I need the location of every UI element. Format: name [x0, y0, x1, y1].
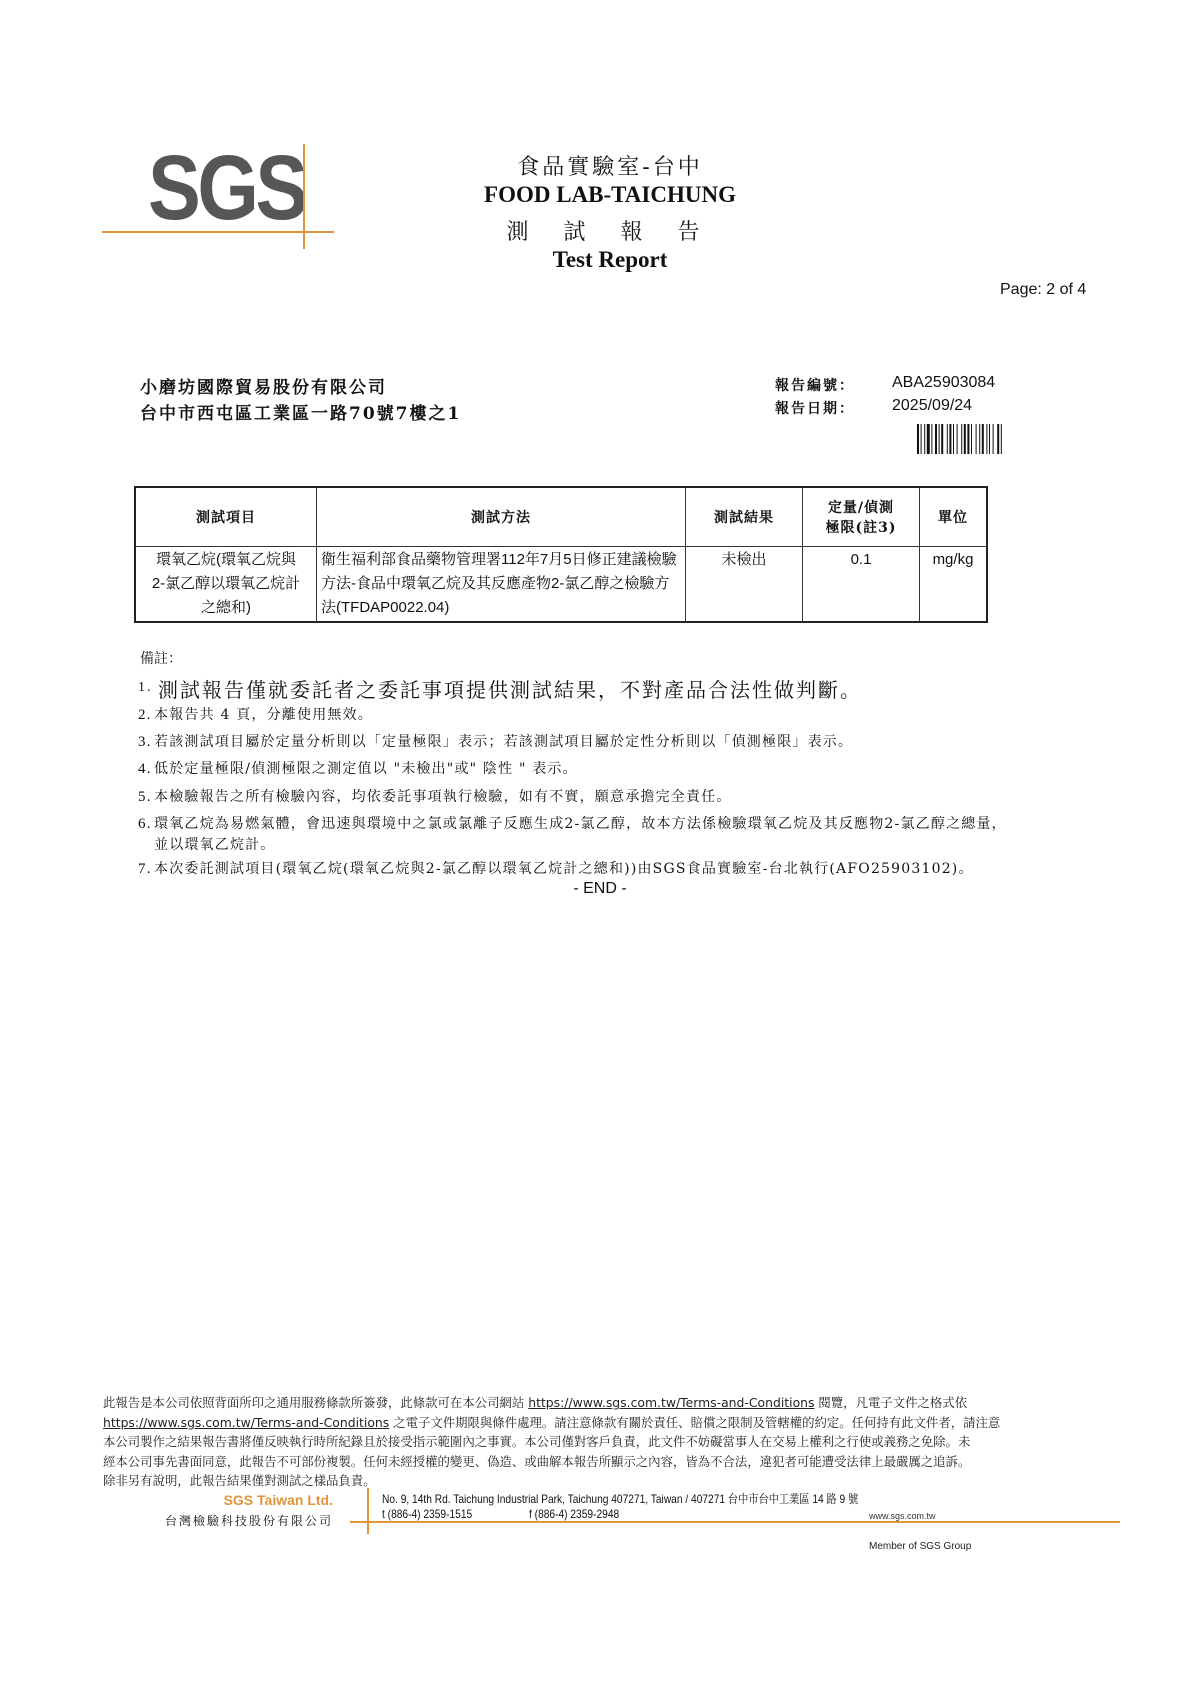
report-number-label: 報告編號：: [775, 375, 855, 395]
note-text: 若該測試項目屬於定量分析則以「定量極限」表示；若該測試項目屬於定性分析則以「偵測…: [154, 734, 853, 750]
header-test-item: 測試項目: [135, 487, 317, 547]
page-number: Page: 2 of 4: [1000, 281, 1086, 299]
note-number: 5.: [138, 789, 154, 806]
footer-line-1: 此報告是本公司依照背面所印之通用服務條款所簽發，此條款可在本公司網站 https…: [103, 1393, 1103, 1413]
terms-link[interactable]: https://www.sgs.com.tw/Terms-and-Conditi…: [528, 1395, 814, 1410]
member-of-sgs-group: Member of SGS Group: [869, 1541, 971, 1552]
report-date-value: 2025/09/24: [892, 397, 972, 415]
company-phone: t (886-4) 2359-1515: [382, 1507, 472, 1521]
note-number: 3.: [138, 734, 154, 751]
cell-test-result: 未檢出: [686, 547, 803, 623]
logo-horizontal-line: [102, 231, 334, 233]
note-6-continued: 並以環氧乙烷計。: [154, 834, 276, 854]
results-table: 測試項目 測試方法 測試結果 定量/偵測極限(註3) 單位 環氧乙烷(環氧乙烷與…: [134, 486, 988, 623]
logo-text: SGS: [148, 142, 305, 234]
lab-title-en: FOOD LAB-TAICHUNG: [440, 182, 780, 208]
logo-vertical-line: [303, 144, 305, 249]
header-limit-line2: 極限(註3): [826, 520, 897, 536]
cell-test-item: 環氧乙烷(環氧乙烷與2-氯乙醇以環氧乙烷計之總和): [135, 547, 317, 623]
note-7: 7.本次委託測試項目(環氧乙烷(環氧乙烷與2-氯乙醇以環氧乙烷計之總和))由SG…: [138, 858, 974, 878]
lab-title-zh: 食品實驗室-台中: [440, 150, 780, 181]
report-number-value: ABA25903084: [892, 374, 995, 392]
note-number: 4.: [138, 761, 154, 778]
company-website[interactable]: www.sgs.com.tw: [869, 1511, 936, 1521]
note-text: 低於定量極限/偵測極限之測定值以 "未檢出"或" 陰性 " 表示。: [154, 761, 578, 777]
note-5: 5.本檢驗報告之所有檢驗內容，均依委託事項執行檢驗，如有不實，願意承擔完全責任。: [138, 786, 732, 806]
note-text: 本次委託測試項目(環氧乙烷(環氧乙烷與2-氯乙醇以環氧乙烷計之總和))由SGS食…: [154, 861, 974, 877]
note-4: 4.低於定量極限/偵測極限之測定值以 "未檢出"或" 陰性 " 表示。: [138, 758, 578, 778]
company-address: No. 9, 14th Rd. Taichung Industrial Park…: [382, 1490, 858, 1507]
footer-line-3: 本公司製作之結果報告書將僅反映執行時所紀錄且於接受指示範圍內之事實。本公司僅對客…: [103, 1432, 1103, 1452]
barcode-icon: [917, 424, 1065, 454]
header-limit-line1: 定量/偵測: [828, 500, 894, 516]
note-text: 測試報告僅就委託者之委託事項提供測試結果，不對產品合法性做判斷。: [158, 678, 862, 702]
note-text: 本檢驗報告之所有檢驗內容，均依委託事項執行檢驗，如有不實，願意承擔完全責任。: [154, 789, 732, 805]
note-text: 本報告共 4 頁，分離使用無效。: [154, 707, 373, 723]
footer-divider-vertical: [367, 1488, 369, 1534]
note-2: 2.本報告共 4 頁，分離使用無效。: [138, 704, 373, 724]
note-number: 7.: [138, 861, 154, 878]
footer-disclaimer: 此報告是本公司依照背面所印之通用服務條款所簽發，此條款可在本公司網站 https…: [103, 1393, 1103, 1491]
footer-line-5: 除非另有說明，此報告結果僅對測試之樣品負責。: [103, 1471, 1103, 1491]
client-address: 台中市西屯區工業區一路70號7樓之1: [140, 399, 461, 424]
company-name-en: SGS Taiwan Ltd.: [160, 1492, 333, 1508]
company-fax: f (886-4) 2359-2948: [529, 1507, 619, 1521]
note-6: 6.環氧乙烷為易燃氣體，會迅速與環境中之氯或氯離子反應生成2-氯乙醇，故本方法係…: [138, 813, 1007, 833]
terms-link-2[interactable]: https://www.sgs.com.tw/Terms-and-Conditi…: [103, 1415, 389, 1430]
footer-line-4: 經本公司事先書面同意，此報告不可部份複製。任何未經授權的變更、偽造、或曲解本報告…: [103, 1452, 1103, 1472]
header-unit: 單位: [920, 487, 988, 547]
note-number: 6.: [138, 816, 154, 833]
notes-label: 備註：: [140, 648, 182, 668]
footer-line-2: https://www.sgs.com.tw/Terms-and-Conditi…: [103, 1413, 1103, 1433]
report-date-label: 報告日期：: [775, 398, 855, 418]
cell-test-method: 衛生福利部食品藥物管理署112年7月5日修正建議檢驗方法-食品中環氧乙烷及其反應…: [317, 547, 686, 623]
report-title-zh: 測 試 報 告: [440, 215, 780, 246]
note-text: 環氧乙烷為易燃氣體，會迅速與環境中之氯或氯離子反應生成2-氯乙醇，故本方法係檢驗…: [154, 816, 1007, 832]
report-title-en: Test Report: [440, 247, 780, 273]
table-header-row: 測試項目 測試方法 測試結果 定量/偵測極限(註3) 單位: [135, 487, 987, 547]
footer-divider-horizontal: [350, 1521, 1120, 1523]
cell-unit: mg/kg: [920, 547, 988, 623]
sgs-logo: SGS: [100, 140, 335, 250]
cell-limit: 0.1: [803, 547, 920, 623]
table-row: 環氧乙烷(環氧乙烷與2-氯乙醇以環氧乙烷計之總和) 衛生福利部食品藥物管理署11…: [135, 547, 987, 623]
end-marker: - END -: [0, 880, 1200, 898]
client-name: 小磨坊國際貿易股份有限公司: [140, 373, 387, 398]
note-number: 2.: [138, 707, 154, 724]
header-test-result: 測試結果: [686, 487, 803, 547]
note-3: 3.若該測試項目屬於定量分析則以「定量極限」表示；若該測試項目屬於定性分析則以「…: [138, 731, 853, 751]
company-name-zh: 台灣檢驗科技股份有限公司: [140, 1512, 333, 1529]
note-number: 1.: [138, 680, 158, 696]
header-test-method: 測試方法: [317, 487, 686, 547]
note-1: 1.測試報告僅就委託者之委託事項提供測試結果，不對產品合法性做判斷。: [138, 674, 862, 703]
header-limit: 定量/偵測極限(註3): [803, 487, 920, 547]
